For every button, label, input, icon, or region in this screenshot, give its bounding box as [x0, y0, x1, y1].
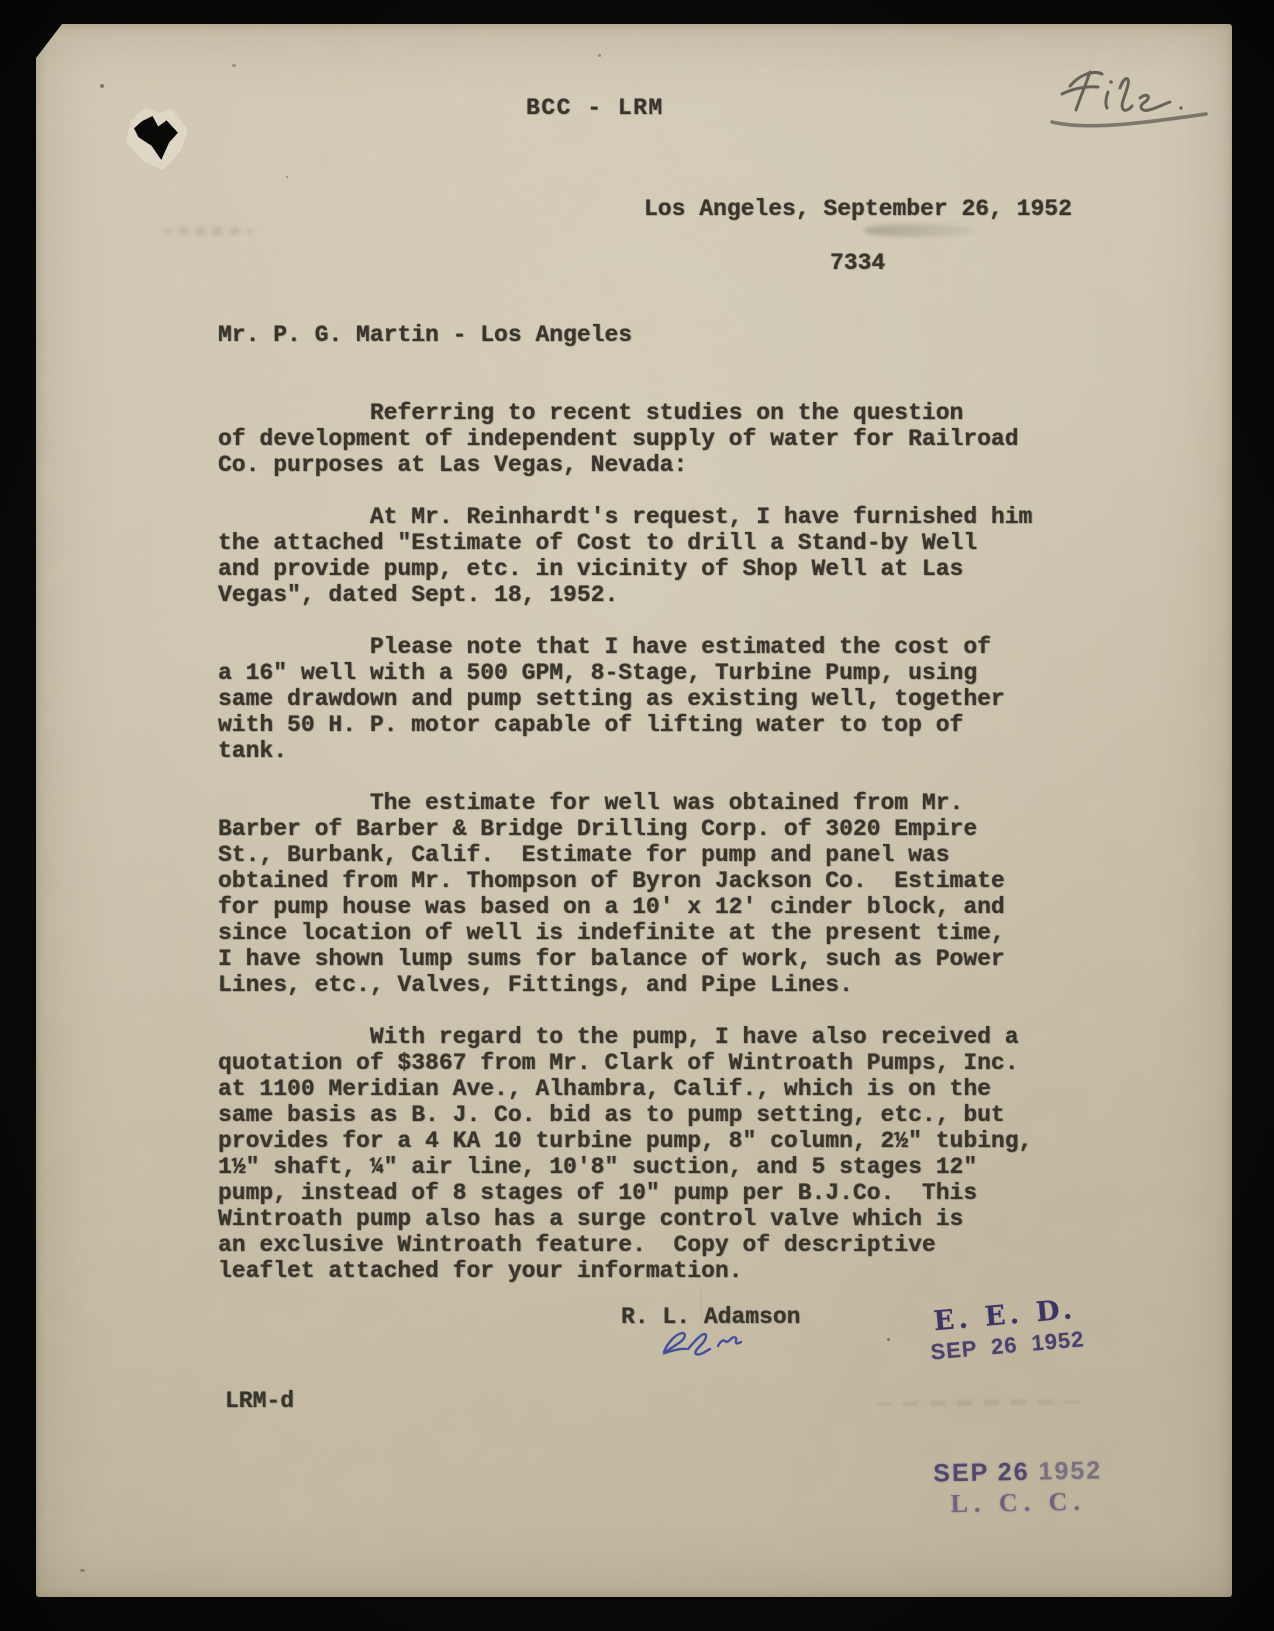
paragraph: At Mr. Reinhardt's request, I have furni… [218, 504, 1032, 608]
body-line: Vegas", dated Sept. 18, 1952. [218, 582, 1032, 608]
paragraph: With regard to the pump, I have also rec… [218, 1024, 1032, 1284]
paragraph: Please note that I have estimated the co… [218, 634, 1032, 764]
paper-speck [286, 176, 288, 178]
ink-smudge [162, 226, 254, 236]
body-line: At Mr. Reinhardt's request, I have furni… [218, 504, 1032, 530]
dateline: Los Angeles, September 26, 1952 [644, 196, 1072, 222]
body-line: St., Burbank, Calif. Estimate for pump a… [218, 842, 1032, 868]
letter-body: Referring to recent studies on the quest… [218, 400, 1032, 1284]
ink-smudge [864, 224, 974, 237]
body-line: Lines, etc., Valves, Fittings, and Pipe … [218, 972, 1032, 998]
letter-sheet: BCC - LRM File Los Angeles, September [36, 24, 1232, 1597]
lcc-stamp-year: 1952 [1038, 1457, 1102, 1486]
body-line: same basis as B. J. Co. bid as to pump s… [218, 1102, 1032, 1128]
paper-speck [598, 54, 601, 57]
typist-initials-line: LRM-d [225, 1388, 294, 1414]
reference-number: 7334 [830, 250, 885, 276]
body-line: and provide pump, etc. in vicinity of Sh… [218, 556, 1032, 582]
paragraph: The estimate for well was obtained from … [218, 790, 1032, 998]
body-line: same drawdown and pump setting as existi… [218, 686, 1032, 712]
body-line: 1½" shaft, ¼" air line, 10'8" suction, a… [218, 1154, 1032, 1180]
body-line: Wintroath pump also has a surge control … [218, 1206, 1032, 1232]
paper-speck [80, 1569, 85, 1572]
body-line: at 1100 Meridian Ave., Alhambra, Calif.,… [218, 1076, 1032, 1102]
handwritten-initials: LRM [656, 1322, 776, 1367]
body-line: Barber of Barber & Bridge Drilling Corp.… [218, 816, 1032, 842]
body-line: leaflet attached for your information. [218, 1258, 1032, 1284]
lcc-stamp-month-day: SEP 26 [933, 1458, 1030, 1488]
body-line: an exclusive Wintroath feature. Copy of … [218, 1232, 1032, 1258]
paper-speck [100, 84, 104, 88]
body-line: Co. purposes at Las Vegas, Nevada: [218, 452, 1032, 478]
body-line: The estimate for well was obtained from … [218, 790, 1032, 816]
body-line: pump, instead of 8 stages of 10" pump pe… [218, 1180, 1032, 1206]
bcc-line: BCC - LRM [526, 95, 664, 121]
pencil-file-writing [1040, 64, 1220, 149]
body-line: Referring to recent studies on the quest… [218, 400, 1032, 426]
file-annotation-handwritten: File [1040, 64, 1220, 149]
body-line: obtained from Mr. Thompson of Byron Jack… [218, 868, 1032, 894]
ink-smudge [876, 1399, 1086, 1407]
body-line: Please note that I have estimated the co… [218, 634, 1032, 660]
body-line: with 50 H. P. motor capable of lifting w… [218, 712, 1032, 738]
eed-date-stamp: E. E. D. SEP 26 1952 [924, 1293, 1089, 1366]
body-line: tank. [218, 738, 1032, 764]
body-line: a 16" well with a 500 GPM, 8-Stage, Turb… [218, 660, 1032, 686]
scanned-letter-photo: BCC - LRM File Los Angeles, September [0, 0, 1274, 1631]
lcc-date-stamp: SEP 26 1952 L. C. C. [928, 1456, 1107, 1519]
body-line: quotation of $3867 from Mr. Clark of Win… [218, 1050, 1032, 1076]
body-line: I have shown lump sums for balance of wo… [218, 946, 1032, 972]
lcc-stamp-date: SEP 26 1952 [928, 1456, 1106, 1488]
body-line: for pump house was based on a 10' x 12' … [218, 894, 1032, 920]
paper-speck [232, 64, 236, 67]
body-line: the attached "Estimate of Cost to drill … [218, 530, 1032, 556]
recipient-line: Mr. P. G. Martin - Los Angeles [218, 322, 632, 348]
paragraph: Referring to recent studies on the quest… [218, 400, 1032, 478]
paper-speck [887, 1338, 890, 1341]
lcc-stamp-org: L. C. C. [929, 1486, 1107, 1519]
body-line: since location of well is indefinite at … [218, 920, 1032, 946]
body-line: With regard to the pump, I have also rec… [218, 1024, 1032, 1050]
ink-signature [656, 1322, 776, 1367]
body-line: of development of independent supply of … [218, 426, 1032, 452]
body-line: provides for a 4 KA 10 turbine pump, 8" … [218, 1128, 1032, 1154]
